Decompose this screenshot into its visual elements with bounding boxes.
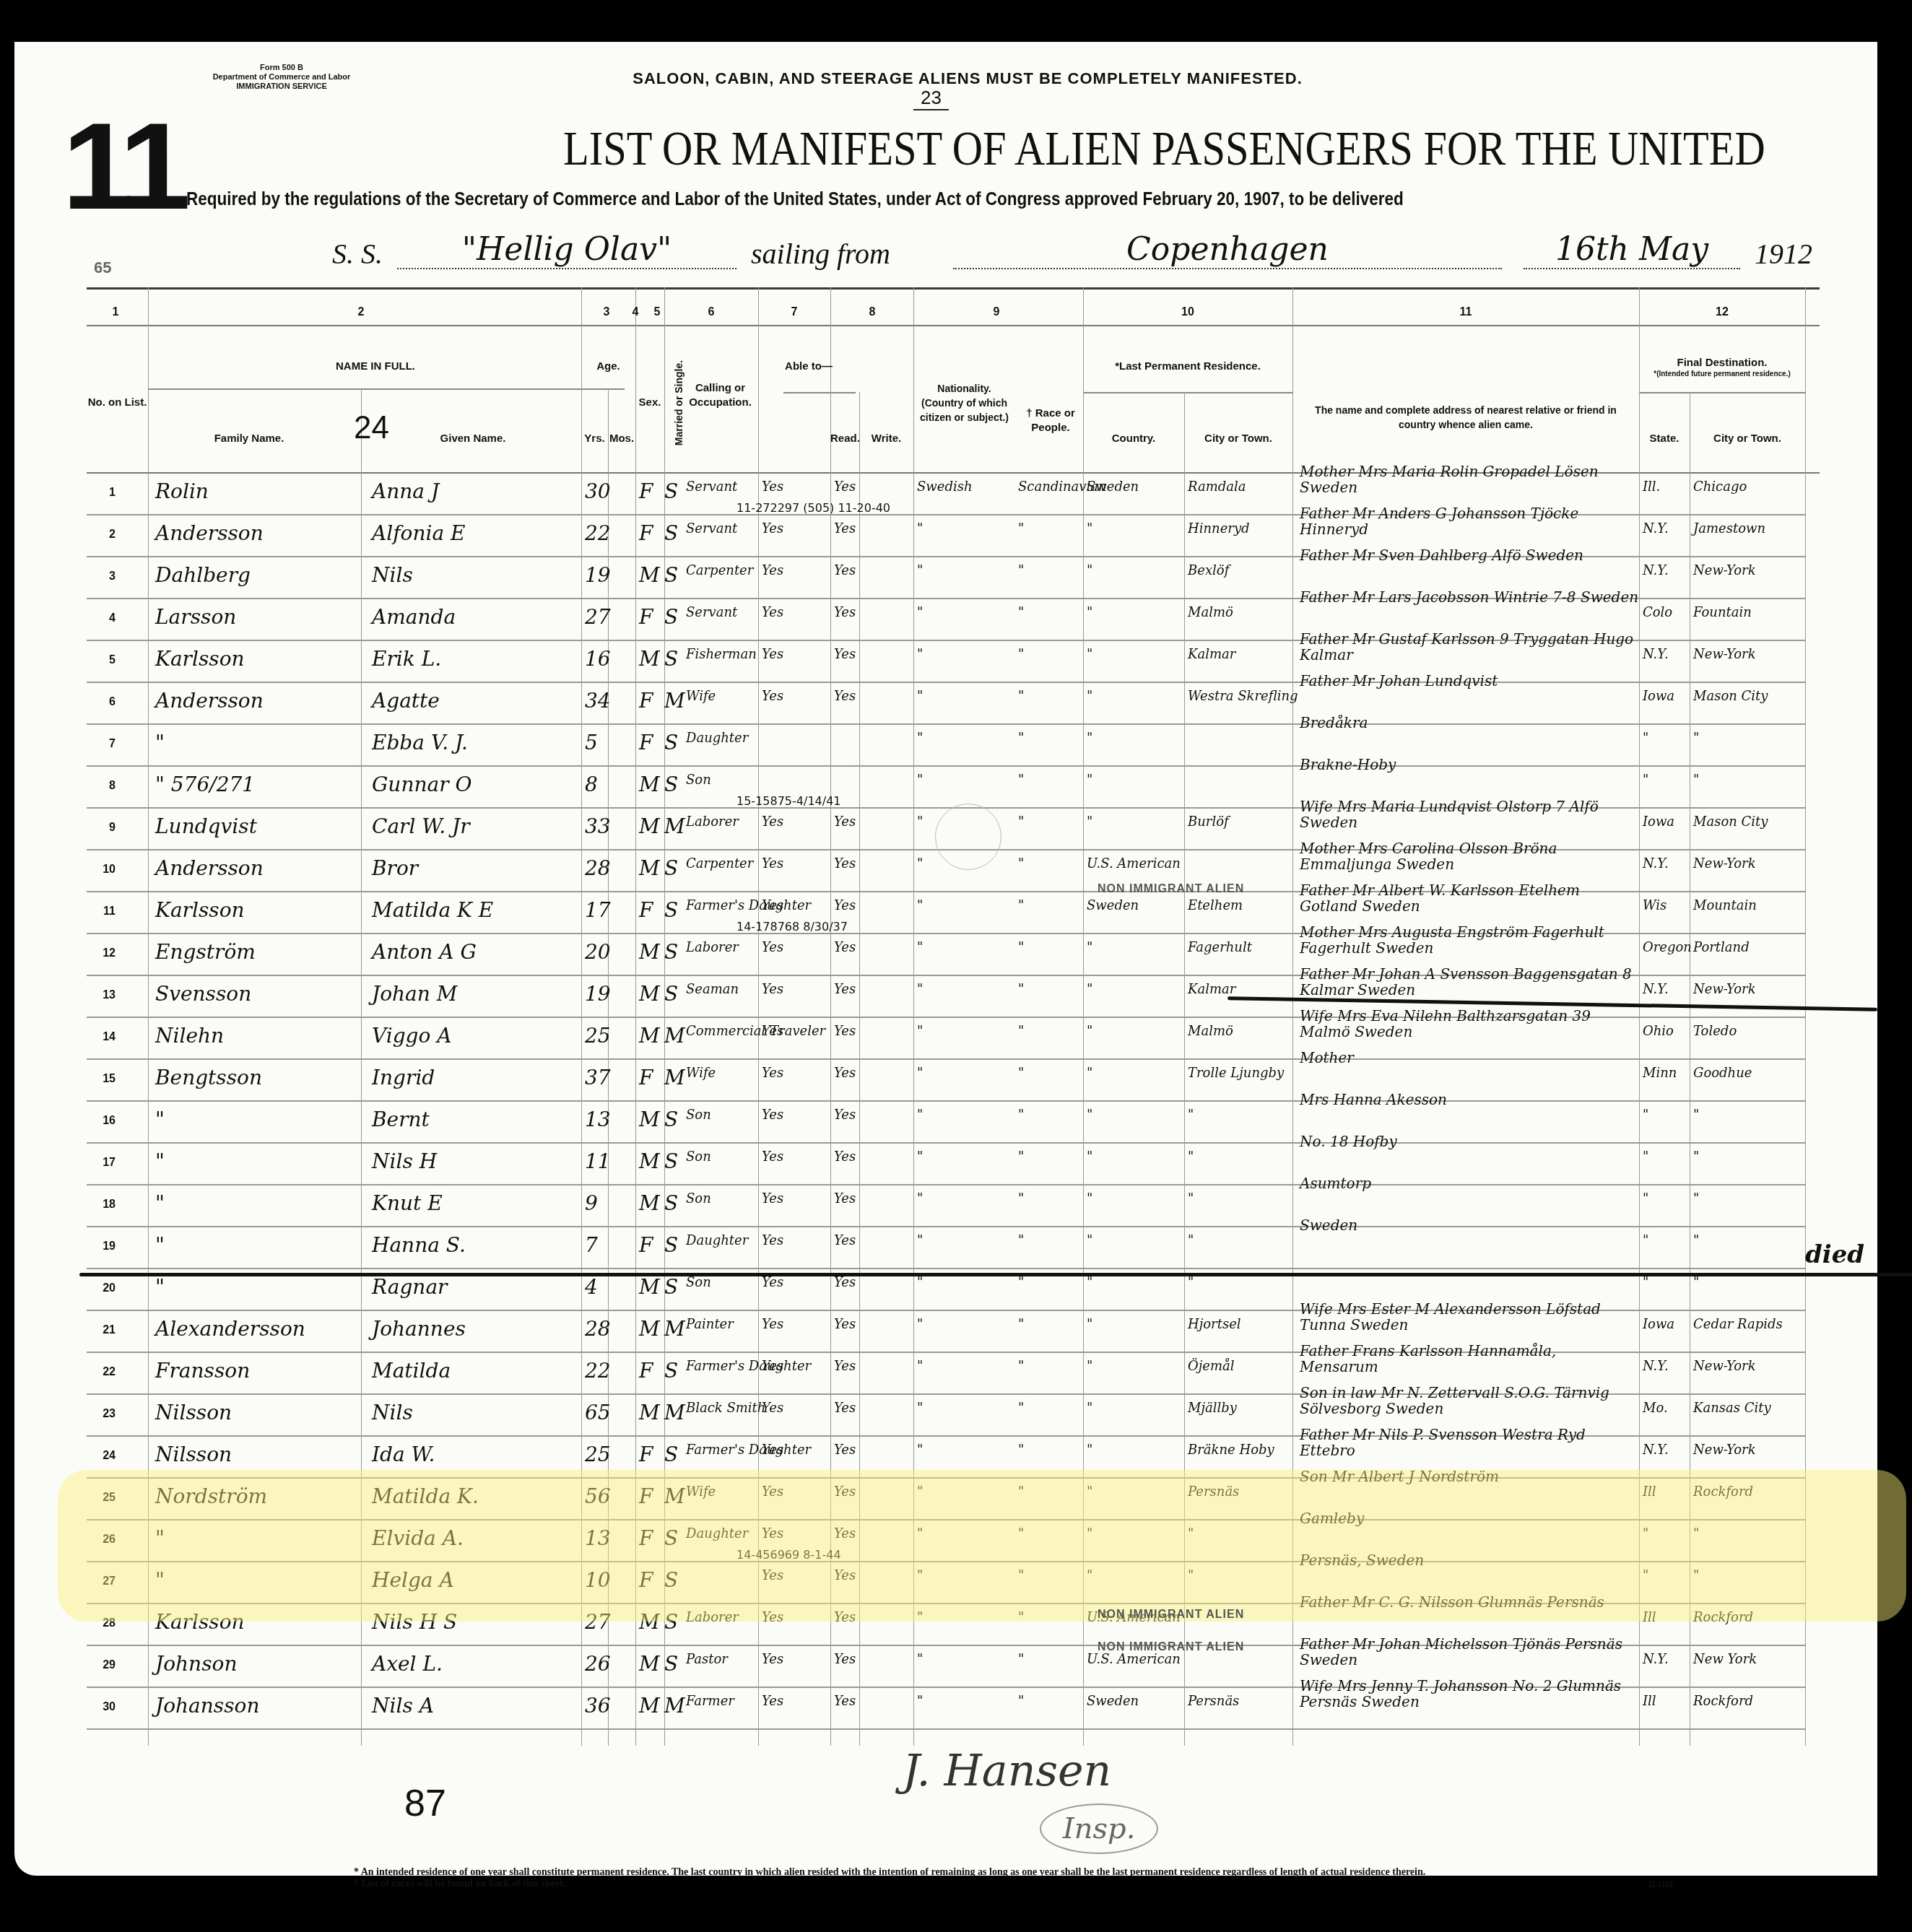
cell-country: "	[1087, 814, 1092, 830]
cell-family: Andersson	[155, 521, 264, 545]
cell-nationality: "	[917, 1108, 923, 1123]
cell-marital: M	[664, 689, 685, 713]
departure-date: 16th May	[1524, 231, 1740, 269]
cell-no: 12	[87, 947, 116, 960]
table-row: 7"Ebba V. J.5FSDaughter"""Bredåkra""	[87, 728, 1820, 759]
cell-write: Yes	[834, 1359, 856, 1374]
cell-write: Yes	[834, 1317, 856, 1332]
cell-relative: Mother Mrs Augusta Engström Fagerhult Fa…	[1300, 924, 1639, 956]
table-row: 1RolinAnna J30FSServantYesYesSwedishScan…	[87, 477, 1820, 508]
required-text: Required by the regulations of the Secre…	[186, 189, 1404, 210]
cell-country: "	[1087, 1024, 1092, 1039]
cell-country: "	[1087, 1191, 1092, 1206]
table-row: 22FranssonMatilda22FSFarmer's DaughterYe…	[87, 1356, 1820, 1387]
cell-read: Yes	[762, 479, 783, 495]
cell-no: 14	[87, 1031, 116, 1044]
cell-relative: Brakne-Hoby	[1300, 757, 1639, 773]
cell-given: Anton A G	[372, 940, 477, 964]
cell-marital: S	[664, 563, 678, 587]
header-state: State.	[1639, 432, 1690, 446]
cell-given: Matilda K E	[372, 898, 493, 922]
cell-family: Johansson	[155, 1694, 259, 1718]
cell-dest: New-York	[1693, 563, 1756, 578]
cell-write: Yes	[834, 1652, 856, 1667]
cell-country: "	[1087, 982, 1092, 997]
cell-write: Yes	[834, 1066, 856, 1081]
cell-relative: Father Mr Lars Jacobsson Wintrie 7-8 Swe…	[1300, 589, 1639, 605]
cell-family: "	[155, 1149, 165, 1173]
footnote-races: † List of races will be found on back of…	[354, 1879, 1425, 1890]
cell-marital: S	[664, 1191, 678, 1215]
group-number: 24	[354, 410, 389, 446]
cell-state: N.Y.	[1643, 1652, 1669, 1667]
form-number: Form 500 B	[188, 64, 375, 73]
cell-write: Yes	[834, 521, 856, 536]
cell-city: Persnäs	[1188, 1694, 1239, 1709]
cell-relative: Asumtorp	[1300, 1175, 1639, 1191]
cell-race: "	[1018, 563, 1024, 578]
header-country: Country.	[1083, 432, 1184, 446]
cell-country: "	[1087, 1359, 1092, 1374]
header-city-or-town: City or Town.	[1184, 432, 1292, 446]
cell-write: Yes	[834, 1024, 856, 1039]
cell-age: 7	[585, 1233, 598, 1257]
cell-nationality: "	[917, 1317, 923, 1332]
cell-city: Öjemål	[1188, 1359, 1235, 1374]
cell-sex: F	[639, 1359, 653, 1383]
stamp-id: 65	[94, 258, 111, 277]
cell-occupation: Laborer	[686, 814, 739, 830]
cell-read: Yes	[762, 940, 783, 955]
cell-given: Hanna S.	[372, 1233, 466, 1257]
cell-race: "	[1018, 1233, 1024, 1248]
header-sex: Sex.	[635, 396, 664, 410]
header-write: Write.	[859, 432, 913, 446]
cell-read: Yes	[762, 1317, 783, 1332]
header-no-on-list: No. on List.	[87, 396, 148, 410]
cell-write: Yes	[834, 1191, 856, 1206]
cell-marital: S	[664, 1359, 678, 1383]
cell-marital: S	[664, 940, 678, 964]
cell-age: 5	[585, 731, 598, 754]
cell-no: 3	[87, 570, 116, 583]
cell-city: Kalmar	[1188, 982, 1235, 997]
column-number: 9	[982, 306, 1011, 319]
cell-marital: S	[664, 479, 678, 503]
cell-family: Bengtsson	[155, 1066, 262, 1089]
cell-relative: Father Mr Albert W. Karlsson Etelhem Got…	[1300, 882, 1639, 914]
cell-relative: Father Mr Johan Lundqvist	[1300, 673, 1639, 689]
died-annotation: died	[1805, 1240, 1864, 1269]
header-able-to: Able to—	[762, 360, 856, 374]
cell-dest: New-York	[1693, 1443, 1756, 1458]
cell-write: Yes	[834, 898, 856, 913]
cell-occupation: Laborer	[686, 940, 739, 955]
cell-dest: New-York	[1693, 856, 1756, 871]
cell-dest: Mason City	[1693, 689, 1768, 704]
cell-read: Yes	[762, 1108, 783, 1123]
cell-sex: M	[639, 773, 660, 796]
cell-race: "	[1018, 1317, 1024, 1332]
cell-occupation: Fisherman	[686, 647, 757, 662]
cell-country: "	[1087, 731, 1092, 746]
cell-write: Yes	[834, 563, 856, 578]
cell-race: "	[1018, 1694, 1024, 1709]
cell-given: Viggo A	[372, 1024, 452, 1048]
cell-marital: M	[664, 1694, 685, 1718]
cell-occupation: Seaman	[686, 982, 739, 997]
cell-write: Yes	[834, 1694, 856, 1709]
cell-country: "	[1087, 1401, 1092, 1416]
cell-read: Yes	[762, 605, 783, 620]
cell-race: "	[1018, 982, 1024, 997]
cell-nationality: "	[917, 1024, 923, 1039]
cell-write: Yes	[834, 982, 856, 997]
cell-note: 11-272297 (505) 11-20-40	[736, 501, 890, 515]
cell-nationality: "	[917, 814, 923, 830]
table-row: 29JohnsonAxel L.26MSPastorYesYes""U.S. A…	[87, 1649, 1820, 1680]
cell-sex: F	[639, 479, 653, 503]
table-row: 18"Knut E9MSSonYesYes""""Asumtorp""	[87, 1188, 1820, 1219]
table-row: 20"Ragnar4MSSonYesYes""""""	[87, 1272, 1820, 1303]
form-label: Form 500 B Department of Commerce and La…	[188, 64, 375, 92]
cell-write: Yes	[834, 1233, 856, 1248]
departure-port: Copenhagen	[953, 231, 1502, 269]
cell-no: 1	[87, 487, 116, 500]
column-number: 2	[347, 306, 375, 319]
cell-age: 22	[585, 521, 611, 545]
cell-given: Matilda	[372, 1359, 451, 1383]
cell-read: Yes	[762, 1149, 783, 1165]
ss-label: S. S.	[332, 237, 383, 271]
cell-sex: M	[639, 647, 660, 671]
cell-country: "	[1087, 1317, 1092, 1332]
cell-marital: S	[664, 1149, 678, 1173]
header-calling: Calling or Occupation.	[686, 381, 755, 410]
table-row: 17"Nils H11MSSonYesYes""""No. 18 Hofby""	[87, 1146, 1820, 1178]
table-row: 3DahlbergNils19MSCarpenterYesYes"""Bexlö…	[87, 560, 1820, 591]
cell-relative: Father Frans Karlsson Hannamåla, Mensaru…	[1300, 1343, 1639, 1375]
cell-sex: M	[639, 563, 660, 587]
sheet-number: 23	[913, 87, 949, 110]
cell-sex: M	[639, 1191, 660, 1215]
cell-dest: Goodhue	[1693, 1066, 1752, 1081]
cell-marital: S	[664, 773, 678, 796]
cell-dest: Fountain	[1693, 605, 1752, 620]
cell-dest: New-York	[1693, 1359, 1756, 1374]
table-row: 21AlexanderssonJohannes28MMPainterYesYes…	[87, 1314, 1820, 1345]
cell-nationality: "	[917, 563, 923, 578]
cell-sex: M	[639, 856, 660, 880]
table-row: 23NilssonNils65MMBlack SmithYesYes"""Mjä…	[87, 1398, 1820, 1429]
cell-sex: M	[639, 982, 660, 1006]
cell-country: Sweden	[1087, 898, 1139, 913]
cell-city: Ramdala	[1188, 479, 1246, 495]
cell-race: "	[1018, 521, 1024, 536]
cell-race: "	[1018, 1275, 1024, 1290]
cell-country: "	[1087, 940, 1092, 955]
cell-nationality: "	[917, 689, 923, 704]
cell-read: Yes	[762, 856, 783, 871]
cell-marital: S	[664, 982, 678, 1006]
cell-nationality: "	[917, 521, 923, 536]
cell-given: Knut E	[372, 1191, 443, 1215]
cell-state: Ill	[1643, 1694, 1656, 1709]
cell-city: Kalmar	[1188, 647, 1235, 662]
cell-nationality: "	[917, 1443, 923, 1458]
cell-age: 65	[585, 1401, 611, 1424]
table-row: 15BengtssonIngrid37FMWifeYesYes"""Trolle…	[87, 1063, 1820, 1094]
cell-read: Yes	[762, 982, 783, 997]
column-number: 5	[643, 306, 672, 319]
cell-age: 28	[585, 856, 611, 880]
table-row: 6AnderssonAgatte34FMWifeYesYes"""Westra …	[87, 686, 1820, 717]
cell-state: "	[1643, 731, 1648, 746]
cell-given: Carl W. Jr	[372, 814, 470, 838]
header-final-destination-note: *(Intended future permanent residence.)	[1639, 370, 1805, 379]
cell-nationality: "	[917, 1694, 923, 1709]
cell-race: "	[1018, 1108, 1024, 1123]
cell-occupation: Son	[686, 1191, 711, 1206]
cell-given: Ebba V. J.	[372, 731, 468, 754]
cell-no: 5	[87, 654, 116, 667]
cell-dest: Mountain	[1693, 898, 1757, 913]
table-row: 24NilssonIda W.25FSFarmer's DaughterYesY…	[87, 1440, 1820, 1471]
cell-write: Yes	[834, 689, 856, 704]
cell-dest: Cedar Rapids	[1693, 1317, 1783, 1332]
cell-given: Ragnar	[372, 1275, 447, 1299]
cell-nationality: "	[917, 1233, 923, 1248]
cell-race: "	[1018, 1024, 1024, 1039]
cell-occupation: Servant	[686, 521, 737, 536]
cell-given: Nils A	[372, 1694, 434, 1718]
table-row: 30JohanssonNils A36MMFarmerYesYes""Swede…	[87, 1691, 1820, 1722]
cell-dest: "	[1693, 731, 1699, 746]
cell-race: "	[1018, 1191, 1024, 1206]
cell-given: Johan M	[372, 982, 457, 1006]
cell-dest: Jamestown	[1693, 521, 1765, 536]
header-given-name: Given Name.	[419, 432, 527, 446]
table-row: 12EngströmAnton A G20MSLaborerYesYes"""F…	[87, 937, 1820, 968]
cell-race: "	[1018, 1149, 1024, 1165]
cell-dest: Rockford	[1693, 1694, 1753, 1709]
cell-marital: S	[664, 605, 678, 629]
cell-family: Karlsson	[155, 647, 245, 671]
cell-given: Ingrid	[372, 1066, 435, 1089]
cell-nationality: "	[917, 982, 923, 997]
cell-nationality: "	[917, 1652, 923, 1667]
cell-relative: Sweden	[1300, 1217, 1639, 1233]
cell-country: "	[1087, 1149, 1092, 1165]
voyage-line: S. S. "Hellig Olav" sailing from Copenha…	[332, 231, 1805, 274]
cell-relative: Mother	[1300, 1050, 1639, 1066]
cell-state: Ohio	[1643, 1024, 1674, 1039]
cell-family: "	[155, 1191, 165, 1215]
table-row: 14NilehnViggo A25MMCommercial TravelerYe…	[87, 1021, 1820, 1052]
cell-family: Johnson	[155, 1652, 237, 1676]
table-row: 8" 576/271Gunnar O8MSSon"""Brakne-Hoby""…	[87, 770, 1820, 801]
cell-family: "	[155, 1108, 165, 1131]
cell-city: Malmö	[1188, 1024, 1233, 1039]
cell-family: Nilsson	[155, 1401, 232, 1424]
cell-occupation: Son	[686, 773, 711, 788]
cell-family: Larsson	[155, 605, 236, 629]
cell-nationality: "	[917, 1191, 923, 1206]
cell-family: Engström	[155, 940, 256, 964]
cell-occupation: Carpenter	[686, 856, 753, 871]
cell-city: Westra Skrefling	[1188, 689, 1298, 704]
cell-family: Rolin	[155, 479, 209, 503]
cell-sex: M	[639, 1149, 660, 1173]
cell-race: "	[1018, 689, 1024, 704]
cell-state: Oregon	[1643, 940, 1692, 955]
cell-family: " 576/271	[155, 773, 255, 796]
cell-sex: F	[639, 898, 653, 922]
cell-write: Yes	[834, 1108, 856, 1123]
cell-marital: S	[664, 1108, 678, 1131]
cell-no: 29	[87, 1659, 116, 1672]
cell-occupation: Commercial Traveler	[686, 1024, 825, 1039]
cell-state: "	[1643, 1233, 1648, 1248]
cell-relative: Father Mr Anders G Johansson Tjöcke Hinn…	[1300, 505, 1639, 537]
cell-marital: S	[664, 731, 678, 754]
cell-age: 30	[585, 479, 611, 503]
header-family-name: Family Name.	[195, 432, 303, 446]
column-number: 12	[1708, 306, 1737, 319]
cell-state: N.Y.	[1643, 1359, 1669, 1374]
cell-nationality: "	[917, 1149, 923, 1165]
cell-race: "	[1018, 647, 1024, 662]
cell-given: Nils H	[372, 1149, 437, 1173]
cell-sex: F	[639, 605, 653, 629]
banner-text: SALOON, CABIN, AND STEERAGE ALIENS MUST …	[462, 69, 1473, 88]
cell-relative: Wife Mrs Ester M Alexandersson Löfstad T…	[1300, 1301, 1639, 1333]
cell-no: 22	[87, 1366, 116, 1379]
cell-read: Yes	[762, 1401, 783, 1416]
cell-age: 20	[585, 940, 611, 964]
cell-family: Lundqvist	[155, 814, 257, 838]
cell-given: Amanda	[372, 605, 456, 629]
cell-sex: F	[639, 1233, 653, 1257]
cell-state: "	[1643, 1275, 1648, 1290]
cell-family: Nilsson	[155, 1443, 232, 1466]
cell-given: Gunnar O	[372, 773, 472, 796]
cell-nationality: "	[917, 773, 923, 788]
cell-nationality: "	[917, 605, 923, 620]
cell-no: 4	[87, 612, 116, 625]
cell-race: "	[1018, 856, 1024, 871]
cell-no: 8	[87, 780, 116, 793]
cell-dest: "	[1693, 1108, 1699, 1123]
cell-race: "	[1018, 898, 1024, 913]
cell-state: Iowa	[1643, 814, 1674, 830]
cell-family: Andersson	[155, 689, 264, 713]
cell-read: Yes	[762, 1233, 783, 1248]
cell-no: 19	[87, 1240, 116, 1253]
table-row: 5KarlssonErik L.16MSFishermanYesYes"""Ka…	[87, 644, 1820, 675]
cell-occupation: Wife	[686, 689, 716, 704]
cell-write: Yes	[834, 605, 856, 620]
cell-family: Nilehn	[155, 1024, 224, 1048]
cell-state: "	[1643, 773, 1648, 788]
cell-state: N.Y.	[1643, 563, 1669, 578]
non-immigrant-stamp: NON IMMIGRANT ALIEN	[1098, 883, 1244, 896]
cell-marital: S	[664, 1652, 678, 1676]
cell-race: "	[1018, 1652, 1024, 1667]
cell-country: Sweden	[1087, 479, 1139, 495]
cell-occupation: Son	[686, 1275, 711, 1290]
cell-nationality: "	[917, 1275, 923, 1290]
cell-occupation: Farmer's Daughter	[686, 1443, 811, 1458]
sailing-from-label: sailing from	[751, 237, 890, 271]
cell-race: "	[1018, 1359, 1024, 1374]
page-count: 87	[404, 1782, 446, 1825]
cell-occupation: Wife	[686, 1066, 716, 1081]
cell-write: Yes	[834, 814, 856, 830]
cell-age: 22	[585, 1359, 611, 1383]
cell-read: Yes	[762, 1652, 783, 1667]
cell-marital: M	[664, 1317, 685, 1341]
cell-no: 16	[87, 1115, 116, 1128]
cell-write: Yes	[834, 647, 856, 662]
cell-age: 9	[585, 1191, 598, 1215]
cell-given: Bernt	[372, 1108, 430, 1131]
cell-age: 25	[585, 1443, 611, 1466]
cell-family: Andersson	[155, 856, 264, 880]
cell-no: 20	[87, 1282, 116, 1295]
cell-country: "	[1087, 521, 1092, 536]
cell-write: Yes	[834, 1149, 856, 1165]
cell-nationality: "	[917, 1359, 923, 1374]
cell-sex: F	[639, 689, 653, 713]
cell-relative: Father Mr Gustaf Karlsson 9 Tryggatan Hu…	[1300, 631, 1639, 663]
cell-age: 36	[585, 1694, 611, 1718]
cell-state: N.Y.	[1643, 982, 1669, 997]
table-row: 4LarssonAmanda27FSServantYesYes"""MalmöF…	[87, 602, 1820, 633]
cell-state: Colo	[1643, 605, 1672, 620]
cell-city: "	[1188, 1233, 1194, 1248]
cell-nationality: "	[917, 856, 923, 871]
cell-no: 23	[87, 1408, 116, 1421]
cell-marital: S	[664, 856, 678, 880]
cell-city: "	[1188, 1149, 1194, 1165]
cell-read: Yes	[762, 1275, 783, 1290]
manifest-sheet: Form 500 B Department of Commerce and La…	[14, 42, 1877, 1876]
cell-sex: F	[639, 1066, 653, 1089]
cell-sex: M	[639, 1401, 660, 1424]
cell-read: Yes	[762, 1694, 783, 1709]
cell-marital: M	[664, 1066, 685, 1089]
cell-race: "	[1018, 773, 1024, 788]
cell-race: "	[1018, 1401, 1024, 1416]
cell-relative: No. 18 Hofby	[1300, 1133, 1639, 1149]
ship-name: "Hellig Olav"	[397, 231, 736, 269]
cell-country: "	[1087, 1275, 1092, 1290]
cell-occupation: Daughter	[686, 1233, 748, 1248]
cell-age: 19	[585, 563, 611, 587]
cell-city: "	[1188, 1108, 1194, 1123]
cell-age: 25	[585, 1024, 611, 1048]
cell-marital: M	[664, 814, 685, 838]
header-dest-city: City or Town.	[1690, 432, 1805, 446]
cell-occupation: Son	[686, 1149, 711, 1165]
cell-given: Johannes	[372, 1317, 466, 1341]
cell-write: Yes	[834, 1443, 856, 1458]
cell-dest: "	[1693, 1149, 1699, 1165]
service-name: IMMIGRATION SERVICE	[188, 82, 375, 92]
cell-occupation: Painter	[686, 1317, 734, 1332]
cell-state: Minn	[1643, 1066, 1677, 1081]
